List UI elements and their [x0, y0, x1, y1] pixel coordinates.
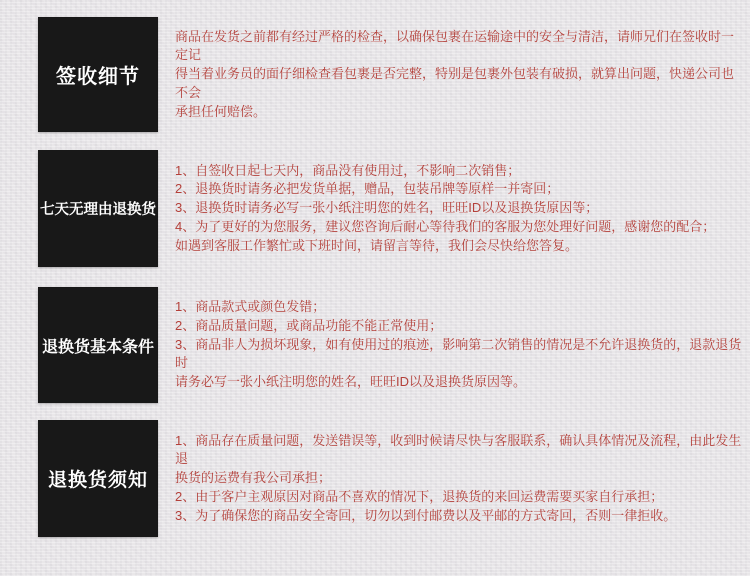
section-title: 签收细节: [56, 60, 140, 89]
section-title: 退换货须知: [48, 465, 148, 492]
policy-section-return-conditions: 退换货基本条件 1、商品款式或颜色发错； 2、商品质量问题，或商品功能不能正常使…: [38, 287, 745, 403]
policy-section-seven-day-return: 七天无理由退换货 1、自签收日起七天内，商品没有使用过，不影响二次销售； 2、退…: [38, 150, 745, 267]
section-body: 1、商品存在质量问题，发送错误等，收到时候请尽快与客服联系，确认具体情况及流程，…: [175, 432, 745, 526]
section-title-box: 退换货须知: [38, 420, 158, 537]
section-body: 1、自签收日起七天内，商品没有使用过，不影响二次销售； 2、退换货时请务必把发货…: [175, 162, 745, 256]
section-title: 退换货基本条件: [42, 334, 154, 357]
section-title: 七天无理由退换货: [40, 198, 156, 219]
section-title-box: 签收细节: [38, 17, 158, 132]
policy-section-return-notice: 退换货须知 1、商品存在质量问题，发送错误等，收到时候请尽快与客服联系，确认具体…: [38, 420, 745, 537]
section-title-box: 七天无理由退换货: [38, 150, 158, 267]
policy-section-sign-details: 签收细节 商品在发货之前都有经过严格的检查，以确保包裹在运输途中的安全与清洁，请…: [38, 17, 745, 132]
section-body: 商品在发货之前都有经过严格的检查，以确保包裹在运输途中的安全与清洁，请师兄们在签…: [175, 28, 745, 122]
section-body: 1、商品款式或颜色发错； 2、商品质量问题，或商品功能不能正常使用； 3、商品非…: [175, 298, 745, 392]
section-title-box: 退换货基本条件: [38, 287, 158, 403]
return-policy-page: 签收细节 商品在发货之前都有经过严格的检查，以确保包裹在运输途中的安全与清洁，请…: [0, 0, 750, 576]
